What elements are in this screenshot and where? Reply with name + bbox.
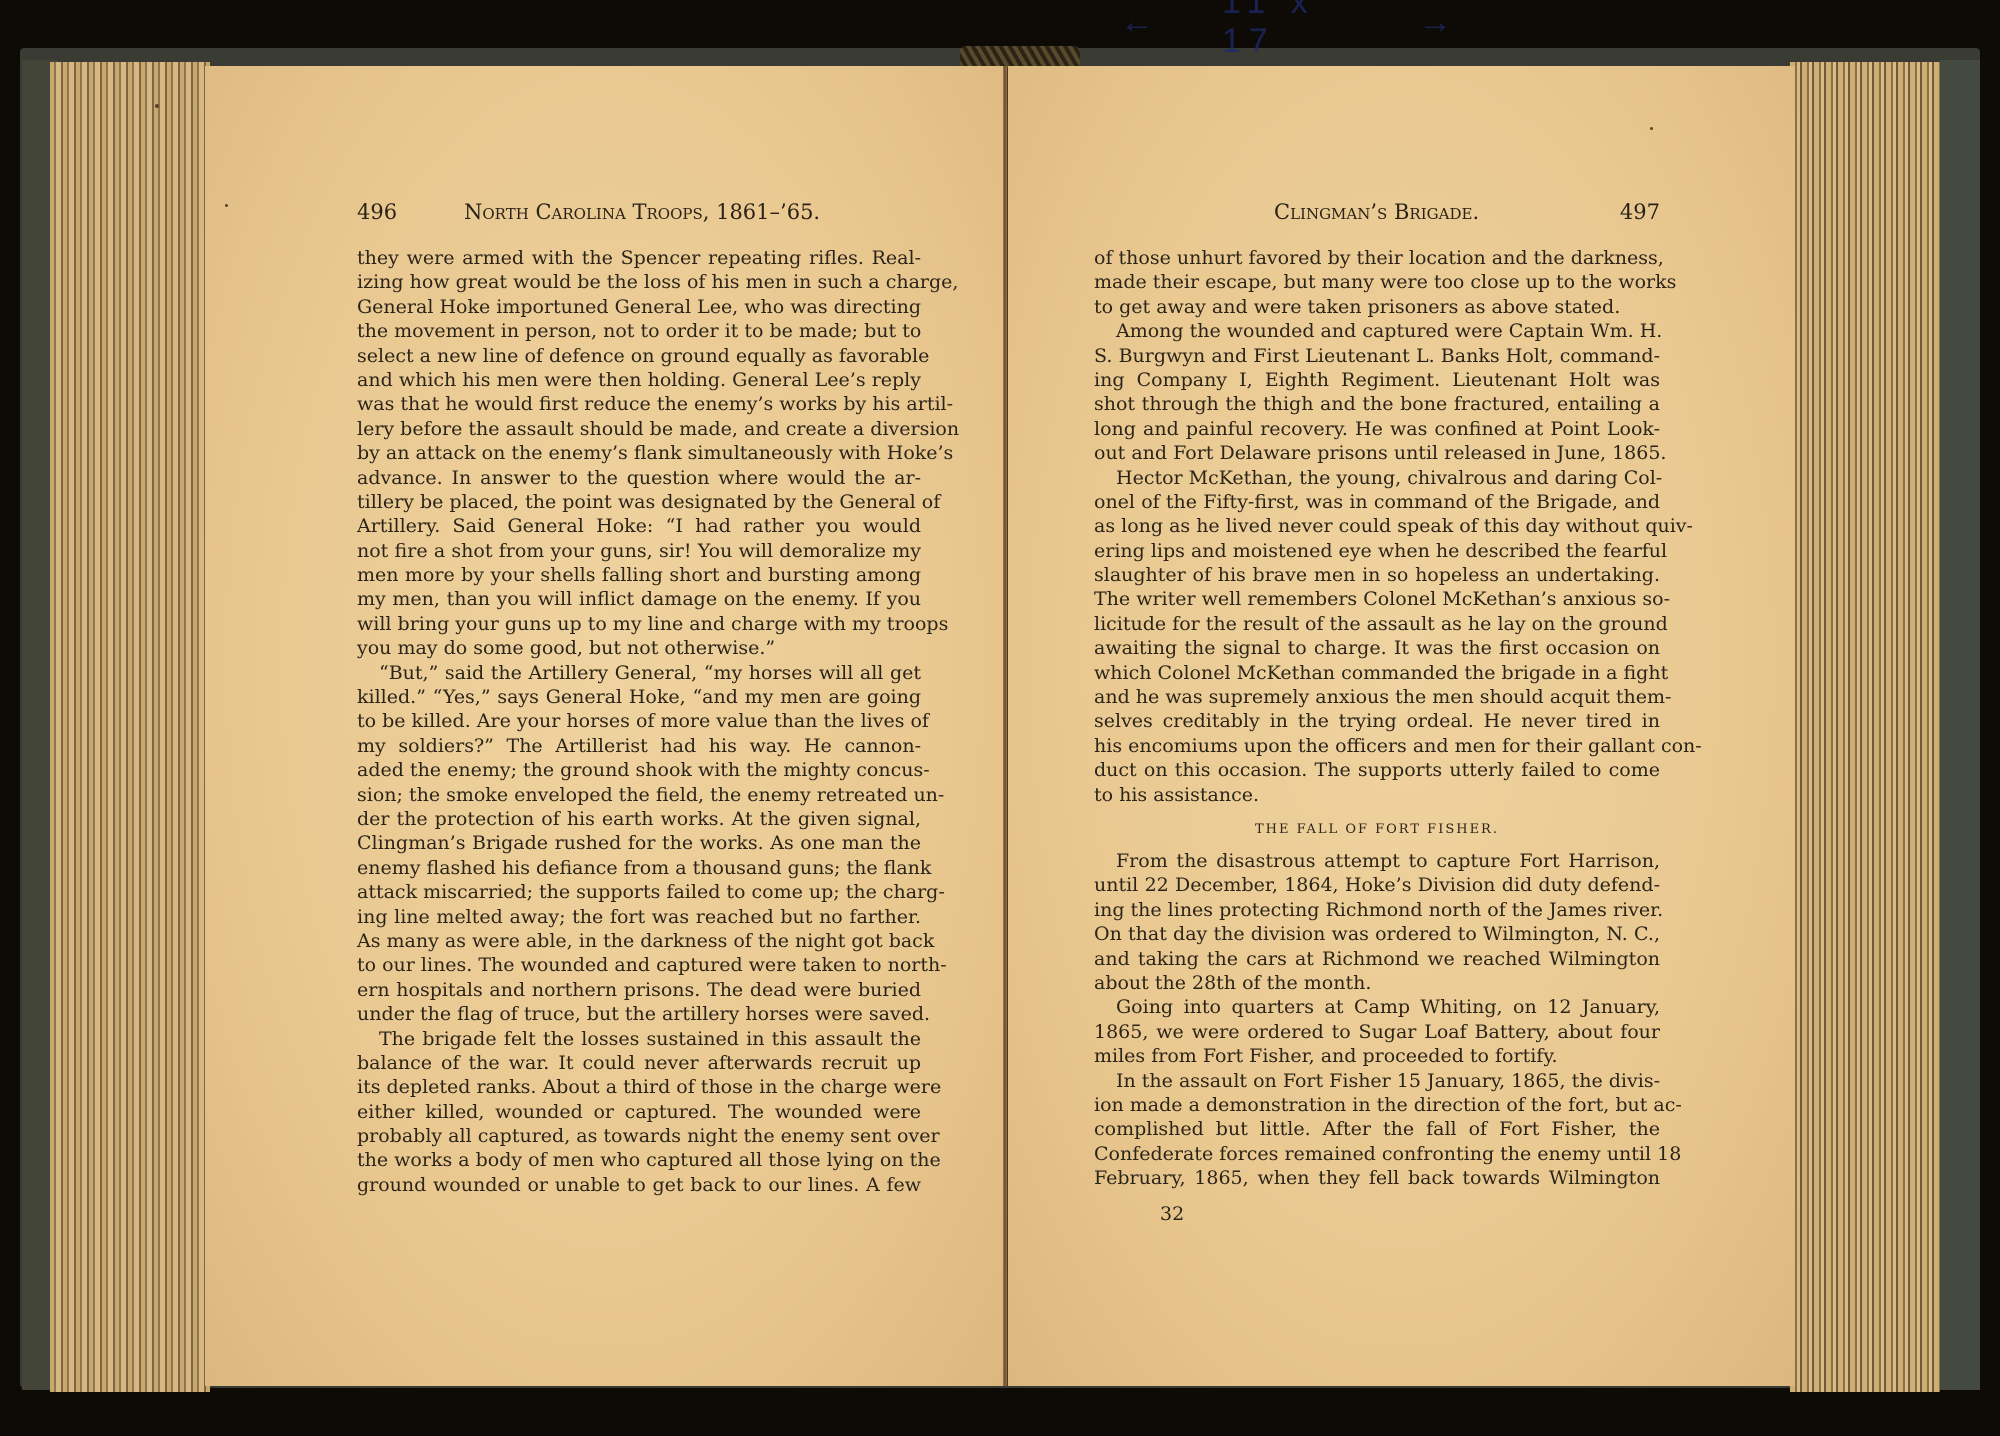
left-running-head: 496 North Carolina Troops, 1861–’65. — [357, 200, 921, 230]
text-line: to his assistance. — [1094, 783, 1660, 807]
text-line: ing the lines protecting Richmond north … — [1094, 898, 1660, 922]
left-running-title: North Carolina Troops, 1861–’65. — [464, 200, 820, 224]
text-line: will bring your guns up to my line and c… — [357, 612, 921, 636]
text-line: Going into quarters at Camp Whiting, on … — [1094, 995, 1660, 1019]
text-line: duct on this occasion. The supports utte… — [1094, 758, 1660, 782]
text-line: “But,” said the Artillery General, “my h… — [357, 661, 921, 685]
text-line: to be killed. Are your horses of more va… — [357, 709, 921, 733]
text-line: my men, than you will inflict damage on … — [357, 587, 921, 611]
text-line: which Colonel McKethan commanded the bri… — [1094, 661, 1660, 685]
text-line: From the disastrous attempt to capture F… — [1094, 849, 1660, 873]
text-line: ground wounded or unable to get back to … — [357, 1173, 921, 1197]
left-page-body: they were armed with the Spencer repeati… — [357, 246, 921, 1197]
right-body-after-heading: From the disastrous attempt to capture F… — [1094, 849, 1660, 1190]
text-line: shot through the thigh and the bone frac… — [1094, 392, 1660, 416]
text-line: made their escape, but many were too clo… — [1094, 270, 1660, 294]
text-line: lery before the assault should be made, … — [357, 417, 921, 441]
text-line: about the 28th of the month. — [1094, 971, 1660, 995]
text-line: izing how great would be the loss of his… — [357, 270, 921, 294]
text-line: ern hospitals and northern prisons. The … — [357, 978, 921, 1002]
text-line: der the protection of his earth works. A… — [357, 807, 921, 831]
text-line: not fire a shot from your guns, sir! You… — [357, 539, 921, 563]
text-line: either killed, wounded or captured. The … — [357, 1100, 921, 1124]
right-page-body: of those unhurt favored by their locatio… — [1094, 246, 1660, 1190]
text-line: tillery be placed, the point was designa… — [357, 490, 921, 514]
text-line: onel of the Fifty-first, was in command … — [1094, 490, 1660, 514]
text-line: slaughter of his brave men in so hopeles… — [1094, 563, 1660, 587]
right-page-stack — [1790, 62, 1940, 1392]
text-line: and taking the cars at Richmond we reach… — [1094, 947, 1660, 971]
text-line: by an attack on the enemy’s flank simult… — [357, 441, 921, 465]
text-line: Hector McKethan, the young, chivalrous a… — [1094, 466, 1660, 490]
right-running-head: Clingman’s Brigade. 497 — [1094, 200, 1660, 230]
text-line: select a new line of defence on ground e… — [357, 344, 921, 368]
text-line: to get away and were taken prisoners as … — [1094, 295, 1660, 319]
left-page-stack — [50, 62, 210, 1392]
text-line: its depleted ranks. About a third of tho… — [357, 1075, 921, 1099]
text-line: out and Fort Delaware prisons until rele… — [1094, 441, 1660, 465]
text-line: was that he would first reduce the enemy… — [357, 392, 921, 416]
text-line: Artillery. Said General Hoke: “I had rat… — [357, 514, 921, 538]
text-line: In the assault on Fort Fisher 15 January… — [1094, 1069, 1660, 1093]
paper-speck — [1650, 127, 1653, 130]
text-line: sion; the smoke enveloped the field, the… — [357, 783, 921, 807]
text-line: Confederate forces remained confronting … — [1094, 1142, 1660, 1166]
left-arrow-icon: ← — [1120, 3, 1162, 42]
text-line: General Hoke importuned General Lee, who… — [357, 295, 921, 319]
text-line: Among the wounded and captured were Capt… — [1094, 319, 1660, 343]
section-heading: THE FALL OF FORT FISHER. — [1094, 807, 1660, 849]
text-line: as long as he lived never could speak of… — [1094, 514, 1660, 538]
book-gutter — [1003, 66, 1007, 1386]
text-line: to our lines. The wounded and captured w… — [357, 953, 921, 977]
right-page-number: 497 — [1620, 200, 1660, 224]
text-line: killed.” “Yes,” says General Hoke, “and … — [357, 685, 921, 709]
text-line: S. Burgwyn and First Lieutenant L. Banks… — [1094, 344, 1660, 368]
text-line: and which his men were then holding. Gen… — [357, 368, 921, 392]
text-line: complished but little. After the fall of… — [1094, 1117, 1660, 1141]
text-line: ing Company I, Eighth Regiment. Lieutena… — [1094, 368, 1660, 392]
text-line: until 22 December, 1864, Hoke’s Division… — [1094, 873, 1660, 897]
text-line: aded the enemy; the ground shook with th… — [357, 758, 921, 782]
scan-size-marking: ← 11 x 17 → — [1120, 2, 1460, 42]
book-cover-right-board — [1940, 60, 1980, 1390]
left-page-number: 496 — [357, 200, 397, 224]
text-line: The writer well remembers Colonel McKeth… — [1094, 587, 1660, 611]
text-line: On that day the division was ordered to … — [1094, 922, 1660, 946]
text-line: under the flag of truce, but the artille… — [357, 1002, 921, 1026]
text-line: licitude for the result of the assault a… — [1094, 612, 1660, 636]
text-line: you may do some good, but not otherwise.… — [357, 636, 921, 660]
text-line: long and painful recovery. He was confin… — [1094, 417, 1660, 441]
text-line: his encomiums upon the officers and men … — [1094, 734, 1660, 758]
text-line: the movement in person, not to order it … — [357, 319, 921, 343]
text-line: men more by your shells falling short an… — [357, 563, 921, 587]
paper-speck — [155, 104, 159, 108]
scan-size-label: 11 x 17 — [1222, 0, 1358, 61]
text-line: ering lips and moistened eye when he des… — [1094, 539, 1660, 563]
text-line: awaiting the signal to charge. It was th… — [1094, 636, 1660, 660]
signature-mark: 32 — [1160, 1203, 1184, 1225]
text-line: the works a body of men who captured all… — [357, 1148, 921, 1172]
text-line: As many as were able, in the darkness of… — [357, 929, 921, 953]
book-headband — [960, 46, 1080, 68]
text-line: attack miscarried; the supports failed t… — [357, 880, 921, 904]
text-line: The brigade felt the losses sustained in… — [357, 1027, 921, 1051]
text-line: balance of the war. It could never after… — [357, 1051, 921, 1075]
right-body-before-heading: of those unhurt favored by their locatio… — [1094, 246, 1660, 807]
text-line: February, 1865, when they fell back towa… — [1094, 1166, 1660, 1190]
text-line: Clingman’s Brigade rushed for the works.… — [357, 831, 921, 855]
text-line: advance. In answer to the question where… — [357, 466, 921, 490]
right-running-title: Clingman’s Brigade. — [1274, 200, 1479, 224]
right-arrow-icon: → — [1418, 3, 1460, 42]
text-line: of those unhurt favored by their locatio… — [1094, 246, 1660, 270]
paper-speck — [225, 204, 228, 207]
text-line: miles from Fort Fisher, and proceeded to… — [1094, 1044, 1660, 1068]
text-line: ing line melted away; the fort was reach… — [357, 905, 921, 929]
text-line: ion made a demonstration in the directio… — [1094, 1093, 1660, 1117]
text-line: enemy flashed his defiance from a thousa… — [357, 856, 921, 880]
text-line: selves creditably in the trying ordeal. … — [1094, 709, 1660, 733]
text-line: they were armed with the Spencer repeati… — [357, 246, 921, 270]
text-line: 1865, we were ordered to Sugar Loaf Batt… — [1094, 1020, 1660, 1044]
text-line: and he was supremely anxious the men sho… — [1094, 685, 1660, 709]
text-line: my soldiers?” The Artillerist had his wa… — [357, 734, 921, 758]
text-line: probably all captured, as towards night … — [357, 1124, 921, 1148]
